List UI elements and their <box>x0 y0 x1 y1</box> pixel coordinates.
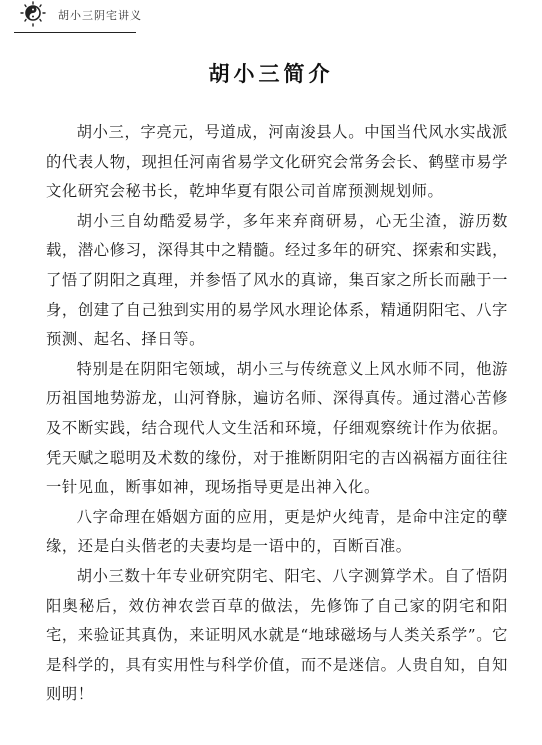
paragraph-bazi-marriage: 八字命理在婚姻方面的应用，更是炉火纯青，是命中注定的孽缘，还是白头偕老的夫妻均是… <box>46 503 508 562</box>
document-title: 胡小三简介 <box>0 58 542 88</box>
paragraph-fengshui: 特别是在阴阳宅领域，胡小三与传统意义上风水师不同，他游历祖国地势游龙，山河脊脉，… <box>46 355 508 503</box>
running-title: 胡小三阴宅讲义 <box>58 7 142 23</box>
page-header: 胡小三阴宅讲义 <box>14 0 136 33</box>
paragraph-research: 胡小三数十年专业研究阴宅、阳宅、八字测算学术。自了悟阴阳奥秘后，效仿神农尝百草的… <box>46 562 508 710</box>
paragraph-study: 胡小三自幼酷爱易学，多年来弃商研易，心无尘渣，游历数载，潜心修习，深得其中之精髓… <box>46 207 508 355</box>
paragraph-intro: 胡小三，字亮元，号道成，河南浚县人。中国当代风水实战派的代表人物，现担任河南省易… <box>46 118 508 207</box>
document-body: 胡小三，字亮元，号道成，河南浚县人。中国当代风水实战派的代表人物，现担任河南省易… <box>46 118 508 710</box>
bagua-taiji-logo-icon <box>18 1 48 29</box>
